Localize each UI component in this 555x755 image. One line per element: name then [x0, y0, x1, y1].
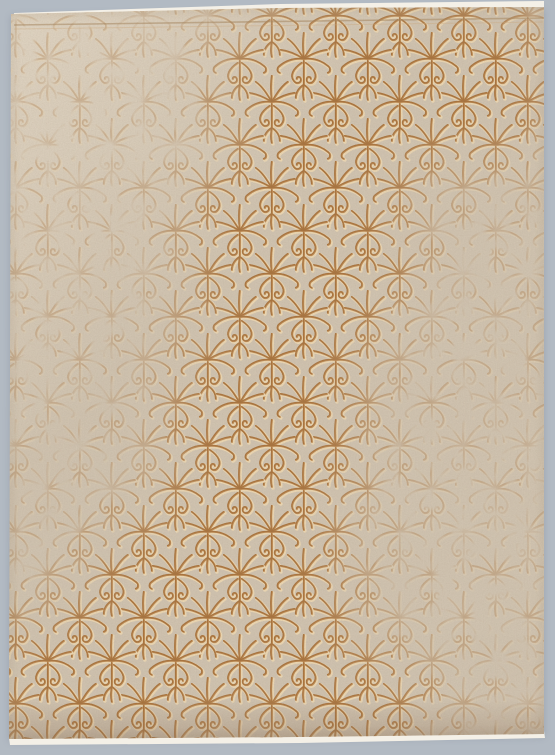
wool-texture: [0, 0, 555, 755]
rug: [0, 0, 555, 755]
rug-photo: Overhead photograph of a rectangular dis…: [0, 0, 555, 755]
rug-photo-canvas: [0, 0, 555, 755]
